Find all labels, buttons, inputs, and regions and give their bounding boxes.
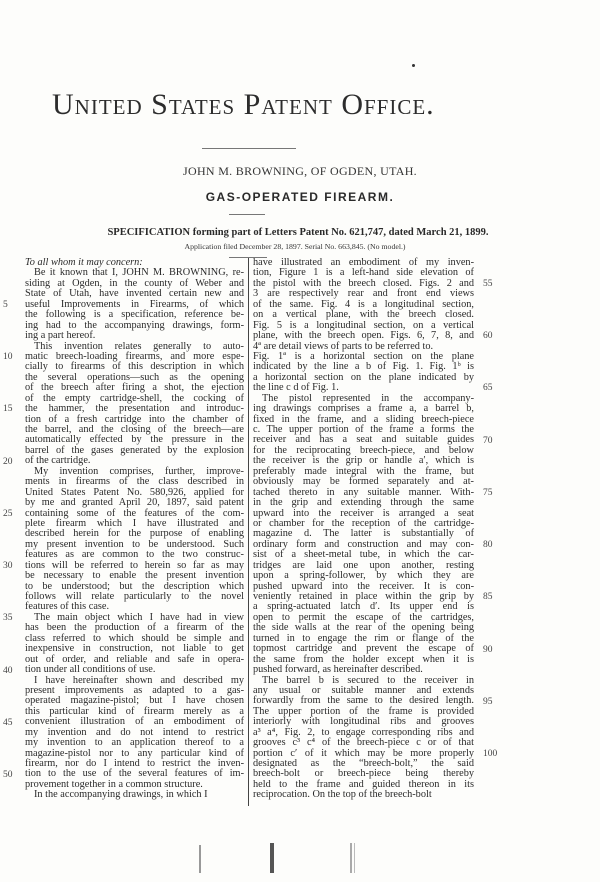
line-number: 75 xyxy=(483,488,503,498)
text-line: In the accompanying drawings, in which I xyxy=(25,790,244,800)
line-number: 25 xyxy=(3,509,23,519)
line-number: 20 xyxy=(3,457,23,467)
line-number: 35 xyxy=(3,613,23,623)
left-column: To all whom it may concern:Be it known t… xyxy=(25,258,244,801)
office-title: United States Patent Office. xyxy=(52,88,452,122)
text-line: grooves c³ c⁴ of the breech-piece c or o… xyxy=(253,738,474,748)
title-rule xyxy=(229,214,265,215)
text-line: plane, with the breech open. Figs. 6, 7,… xyxy=(253,331,474,341)
text-line: pushed forward, as hereinafter described… xyxy=(253,665,474,675)
line-number: 95 xyxy=(483,697,503,707)
line-number: 70 xyxy=(483,436,503,446)
line-number: 50 xyxy=(3,770,23,780)
text-line: the hammer, the presentation and introdu… xyxy=(25,404,244,414)
text-line: ing drawings comprises a frame a, a barr… xyxy=(253,404,474,414)
text-line: by me and granted April 20, 1897, said p… xyxy=(25,498,244,508)
line-number: 10 xyxy=(3,352,23,362)
scan-mark xyxy=(199,845,201,873)
scan-mark xyxy=(270,843,274,873)
line-number: 85 xyxy=(483,592,503,602)
line-number: 40 xyxy=(3,666,23,676)
right-column: have illustrated an embodiment of my inv… xyxy=(253,258,474,801)
line-number: 15 xyxy=(3,404,23,414)
line-number: 80 xyxy=(483,540,503,550)
line-number: 65 xyxy=(483,383,503,393)
ink-dot xyxy=(412,64,415,67)
line-number: 30 xyxy=(3,561,23,571)
specification-line: SPECIFICATION forming part of Letters Pa… xyxy=(0,227,598,238)
text-line: upon a spring-follower, by which they ar… xyxy=(253,571,474,581)
text-line: ing a part hereof. xyxy=(25,331,244,341)
text-line: in the grip and extending through the sa… xyxy=(253,498,474,508)
text-line: reciprocation. On the top of the breech-… xyxy=(253,790,474,800)
line-number: 100 xyxy=(483,749,503,759)
inventor-line: JOHN M. BROWNING, OF OGDEN, UTAH. xyxy=(0,164,600,179)
column-divider xyxy=(248,258,249,806)
invention-title: GAS-OPERATED FIREARM. xyxy=(0,190,600,204)
scan-mark xyxy=(350,843,352,873)
line-number: 55 xyxy=(483,279,503,289)
text-line: be necessary to enable the present inven… xyxy=(25,571,244,581)
application-line: Application filed December 28, 1897. Ser… xyxy=(0,242,595,251)
header-rule xyxy=(202,148,296,149)
scan-mark xyxy=(354,843,355,873)
line-number: 5 xyxy=(3,300,23,310)
line-number: 90 xyxy=(483,645,503,655)
text-line: tion under all conditions of use. xyxy=(25,665,244,675)
line-number: 45 xyxy=(3,718,23,728)
text-line: my invention to an application thereof t… xyxy=(25,738,244,748)
line-number: 60 xyxy=(483,331,503,341)
